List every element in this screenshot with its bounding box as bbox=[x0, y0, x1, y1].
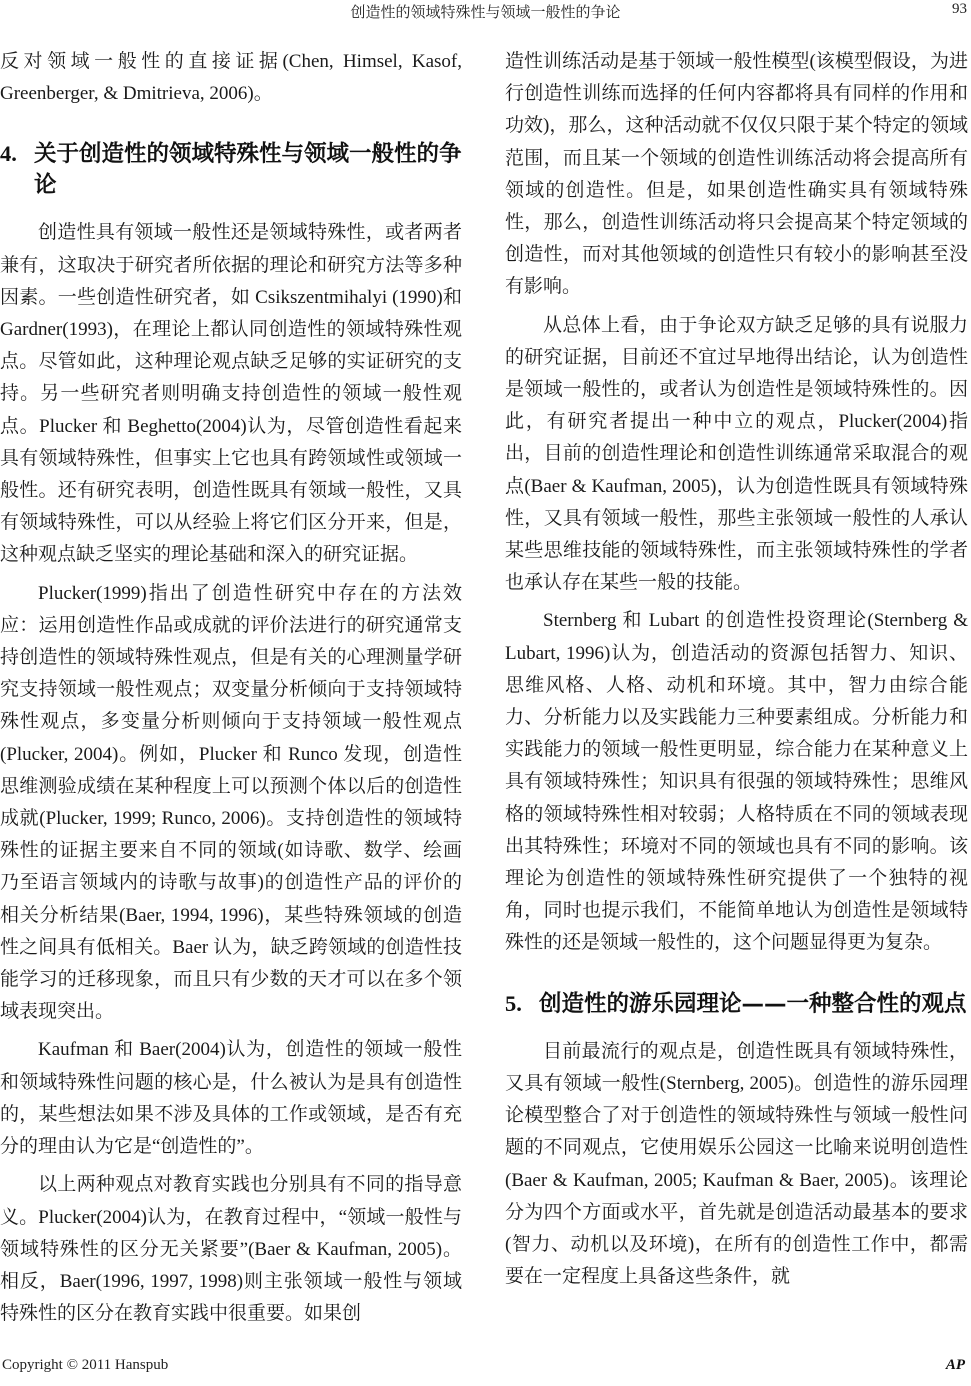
right-column: 造性训练活动是基于领域一般性模型(该模型假设，为进行创造性训练而选择的任何内容都… bbox=[505, 46, 968, 1299]
section-title: 关于创造性的领域特殊性与领域一般性的争论 bbox=[34, 141, 462, 198]
section-heading-5: 5.创造性的游乐园理论——一种整合性的观点 bbox=[505, 988, 968, 1020]
paragraph: 从总体上看，由于争论双方缺乏足够的具有说服力的研究证据，目前还不宜过早地得出结论… bbox=[505, 310, 968, 600]
paragraph: Sternberg 和 Lubart 的创造性投资理论(Sternberg & … bbox=[505, 605, 968, 959]
section-title: 创造性的游乐园理论——一种整合性的观点 bbox=[539, 991, 967, 1017]
paragraph: 目前最流行的观点是，创造性既具有领域特殊性，又具有领域一般性(Sternberg… bbox=[505, 1036, 968, 1294]
paragraph-continuation: 造性训练活动是基于领域一般性模型(该模型假设，为进行创造性训练而选择的任何内容都… bbox=[505, 46, 968, 304]
section-number: 4. bbox=[0, 138, 34, 169]
copyright-notice: Copyright © 2011 Hanspub bbox=[2, 1357, 168, 1374]
running-title: 创造性的领域特殊性与领域一般性的争论 bbox=[0, 1, 971, 22]
left-column: 反对领域一般性的直接证据(Chen, Himsel, Kasof, Greenb… bbox=[0, 46, 462, 1336]
journal-abbreviation: AP bbox=[946, 1357, 965, 1374]
section-heading-4: 4.关于创造性的领域特殊性与领域一般性的争论 bbox=[0, 138, 462, 201]
paragraph: Plucker(1999)指出了创造性研究中存在的方法效应：运用创造性作品或成就… bbox=[0, 578, 462, 1029]
paragraph: Kaufman 和 Baer(2004)认为，创造性的领域一般性和领域特殊性问题… bbox=[0, 1034, 462, 1163]
section-number: 5. bbox=[505, 988, 539, 1019]
paragraph-continuation: 反对领域一般性的直接证据(Chen, Himsel, Kasof, Greenb… bbox=[0, 46, 462, 110]
paragraph: 以上两种观点对教育实践也分别具有不同的指导意义。Plucker(2004)认为，… bbox=[0, 1169, 462, 1330]
paragraph: 创造性具有领域一般性还是领域特殊性，或者两者兼有，这取决于研究者所依据的理论和研… bbox=[0, 217, 462, 571]
running-header: 创造性的领域特殊性与领域一般性的争论 93 bbox=[0, 0, 971, 24]
page-footer: Copyright © 2011 Hanspub AP bbox=[0, 1357, 971, 1381]
page-number: 93 bbox=[952, 1, 967, 18]
